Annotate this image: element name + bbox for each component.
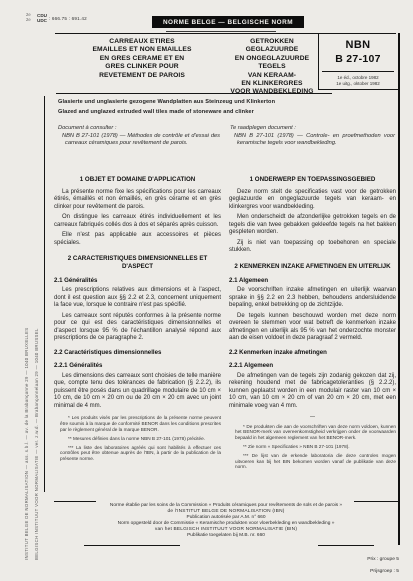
nbn-box-bottom-rule xyxy=(318,89,398,90)
fr-section21-paragraph: Les carreaux sont réputés conformes à la… xyxy=(54,313,221,343)
footnote-separator: — xyxy=(229,414,396,422)
reference-entry-fr: NBN B 27-101 (1978) — Méthodes de contrô… xyxy=(58,133,220,147)
nl-section21-heading: 2.1 Algemeen xyxy=(229,277,396,285)
fr-section21-heading: 2.1 Généralités xyxy=(54,277,221,285)
nl-footnotes: * De produkten die aan de voorschriften … xyxy=(229,424,396,471)
classification-codes: CDU UDC : 666.75 : 691.42 xyxy=(37,13,87,23)
registration-block: Norme établie par les soins de la Commis… xyxy=(54,503,398,538)
fr-section21-paragraph: Les prescriptions relatives aux dimensio… xyxy=(54,287,221,310)
footnote: ** Mesures définies dans la norme NBN B … xyxy=(54,436,221,442)
nbn-box-left-border xyxy=(318,33,319,89)
fr-footnotes: * Les produits visés par les prescriptio… xyxy=(54,415,221,462)
nl-section1-paragraph: Deze norm stelt de specificaties vast vo… xyxy=(229,189,396,212)
footnote: *** De lijst van de erkende laboratoria … xyxy=(229,453,396,470)
norm-banner: NORME BELGE — BELGISCHE NORM xyxy=(152,16,304,28)
fr-section22-heading: 2.2 Caractéristiques dimensionnelles xyxy=(54,349,221,357)
column-dutch: 1 ONDERWERP EN TOEPASSINGSGEBIED Deze no… xyxy=(229,168,396,473)
nl-section1-heading: 1 ONDERWERP EN TOEPASSINGSGEBIED xyxy=(233,176,392,184)
footer-rule-bottom-left xyxy=(84,545,180,546)
column-french: 1 OBJET ET DOMAINE D'APPLICATION La prés… xyxy=(54,168,221,465)
udc-value: : 666.75 : 691.42 xyxy=(49,16,87,21)
subtitle-german: Glasierte und unglasierte gezogene Wandp… xyxy=(58,99,275,105)
footnote: * De produkten die aan de voorschriften … xyxy=(229,424,396,441)
nl-section21-paragraph: De tegels kunnen beschouwd worden met de… xyxy=(229,313,396,343)
sidebar-vertical-text-1: INSTITUT BELGE DE NORMALISATION — ass. s… xyxy=(24,60,29,560)
norm-banner-label: NORME BELGE — BELGISCHE NORM xyxy=(163,19,293,26)
fr-section1-heading: 1 OBJET ET DOMAINE D'APPLICATION xyxy=(58,176,217,184)
reference-intro-nl: Te raadplegen document : xyxy=(230,125,395,132)
nl-section2-heading: 2 KENMERKEN INZAKE AFMETINGEN EN UITERLI… xyxy=(233,263,392,271)
footnote: *** La liste des laboratoires agréés qui… xyxy=(54,445,221,462)
banner-underline xyxy=(166,31,276,32)
footer-rule-bottom-right xyxy=(318,545,374,546)
nbn-document-number: B 27-107 xyxy=(320,53,396,65)
nbn-org-code: NBN xyxy=(320,40,396,51)
price-group-fr: Prix : groupe 5 xyxy=(367,557,399,562)
reference-entry-nl: NBN B 27-101 (1978) — Controle- en proef… xyxy=(230,133,395,147)
page-right-border xyxy=(398,33,400,545)
fr-section1-paragraph: Elle n'est pas applicable aux accessoire… xyxy=(54,232,221,247)
nl-section1-paragraph: Men onderscheidt de afzonderlijke getrok… xyxy=(229,214,396,237)
title-french: CARREAUX ETIRES EMAILLES ET NON EMAILLES… xyxy=(58,38,226,80)
corner-print-marks: 2e 2e xyxy=(26,12,31,22)
footnote: ** Zie norm « Specificaties » NBN B 27-1… xyxy=(229,444,396,450)
fr-section2-heading: 2 CARACTERISTIQUES DIMENSIONNELLES ET D'… xyxy=(58,255,217,271)
price-group: Prix : groupe 5 Prijsgroep : 5 xyxy=(367,551,399,575)
header-top-rule xyxy=(55,33,396,34)
fr-section1-paragraph: La présente norme fixe les spécification… xyxy=(54,189,221,212)
subtitle-english: Glazed and unglazed extruded wall tiles … xyxy=(58,109,254,115)
page-left-border xyxy=(44,96,45,492)
nbn-code-box: NBN B 27-107 xyxy=(320,40,396,65)
fr-section221-heading: 2.2.1 Généralités xyxy=(54,362,221,370)
sidebar-vertical-text-2: BELGISCH INSTITUUT VOOR NORMALISATIE — v… xyxy=(34,60,39,560)
udc-label: UDC xyxy=(37,18,47,23)
fr-section1-paragraph: On distingue les carreaux étirés individ… xyxy=(54,214,221,229)
reference-block-nl: Te raadplegen document : NBN B 27-101 (1… xyxy=(230,125,395,148)
nl-section221-paragraph: De afmetingen van de tegels zijn zodanig… xyxy=(229,373,396,411)
nl-section221-heading: 2.2.1 Algemeen xyxy=(229,362,396,370)
title-dutch: GETROKKEN GEGLAZUURDE EN ONGEGLAZUURDE T… xyxy=(228,38,316,97)
registration-authorization-nl: Publikatie toegelaten bij M.B. nr. 660 xyxy=(54,533,398,539)
footer-rule-top-right xyxy=(354,501,398,502)
reference-intro-fr: Document à consulter : xyxy=(58,125,220,132)
fr-section221-paragraph: Les dimensions des carreaux sont choisie… xyxy=(54,373,221,411)
nl-section22-heading: 2.2 Kenmerken inzake afmetingen xyxy=(229,349,396,357)
reference-block-fr: Document à consulter : NBN B 27-101 (197… xyxy=(58,125,220,148)
price-group-nl: Prijsgroep : 5 xyxy=(370,569,399,574)
footnote: * Les produits visés par les prescriptio… xyxy=(54,415,221,432)
nl-section21-paragraph: De voorschriften inzake afmetingen en ui… xyxy=(229,287,396,310)
edition-dates: 1e éd., octobre 1982 1e uitg., oktober 1… xyxy=(320,75,396,86)
nl-section1-paragraph: Zij is niet van toepassing op toebehoren… xyxy=(229,240,396,255)
footer-rule-top-left xyxy=(54,501,96,502)
nbn-box-inner-rule xyxy=(322,71,394,72)
